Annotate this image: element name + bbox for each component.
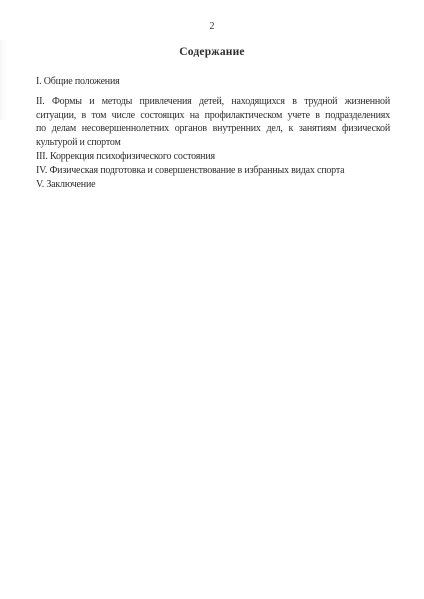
toc-item-forms-and-methods-line-1: II. Формы и методы привлечения детей, на…	[36, 95, 390, 109]
toc-item-psychophysical-correction: III. Коррекция психофизического состояни…	[36, 150, 390, 164]
toc-item-conclusion: V. Заключение	[36, 178, 390, 192]
toc-item-forms-and-methods-line-4: культурой и спортом	[36, 136, 390, 150]
document-page: 2 Содержание I. Общие положения II. Форм…	[0, 0, 424, 599]
page-number: 2	[0, 0, 424, 33]
toc-item-forms-and-methods-line-3: по делам несовершеннолетних органов внут…	[36, 122, 390, 136]
page-title: Содержание	[0, 45, 424, 60]
toc-item-forms-and-methods-line-2: ситуации, в том числе состоящих на профи…	[36, 109, 390, 123]
table-of-contents: I. Общие положения II. Формы и методы пр…	[36, 75, 390, 191]
toc-item-general-provisions: I. Общие положения	[36, 75, 390, 89]
toc-item-physical-training: IV. Физическая подготовка и совершенство…	[36, 164, 390, 178]
toc-item-forms-and-methods: II. Формы и методы привлечения детей, на…	[36, 95, 390, 150]
